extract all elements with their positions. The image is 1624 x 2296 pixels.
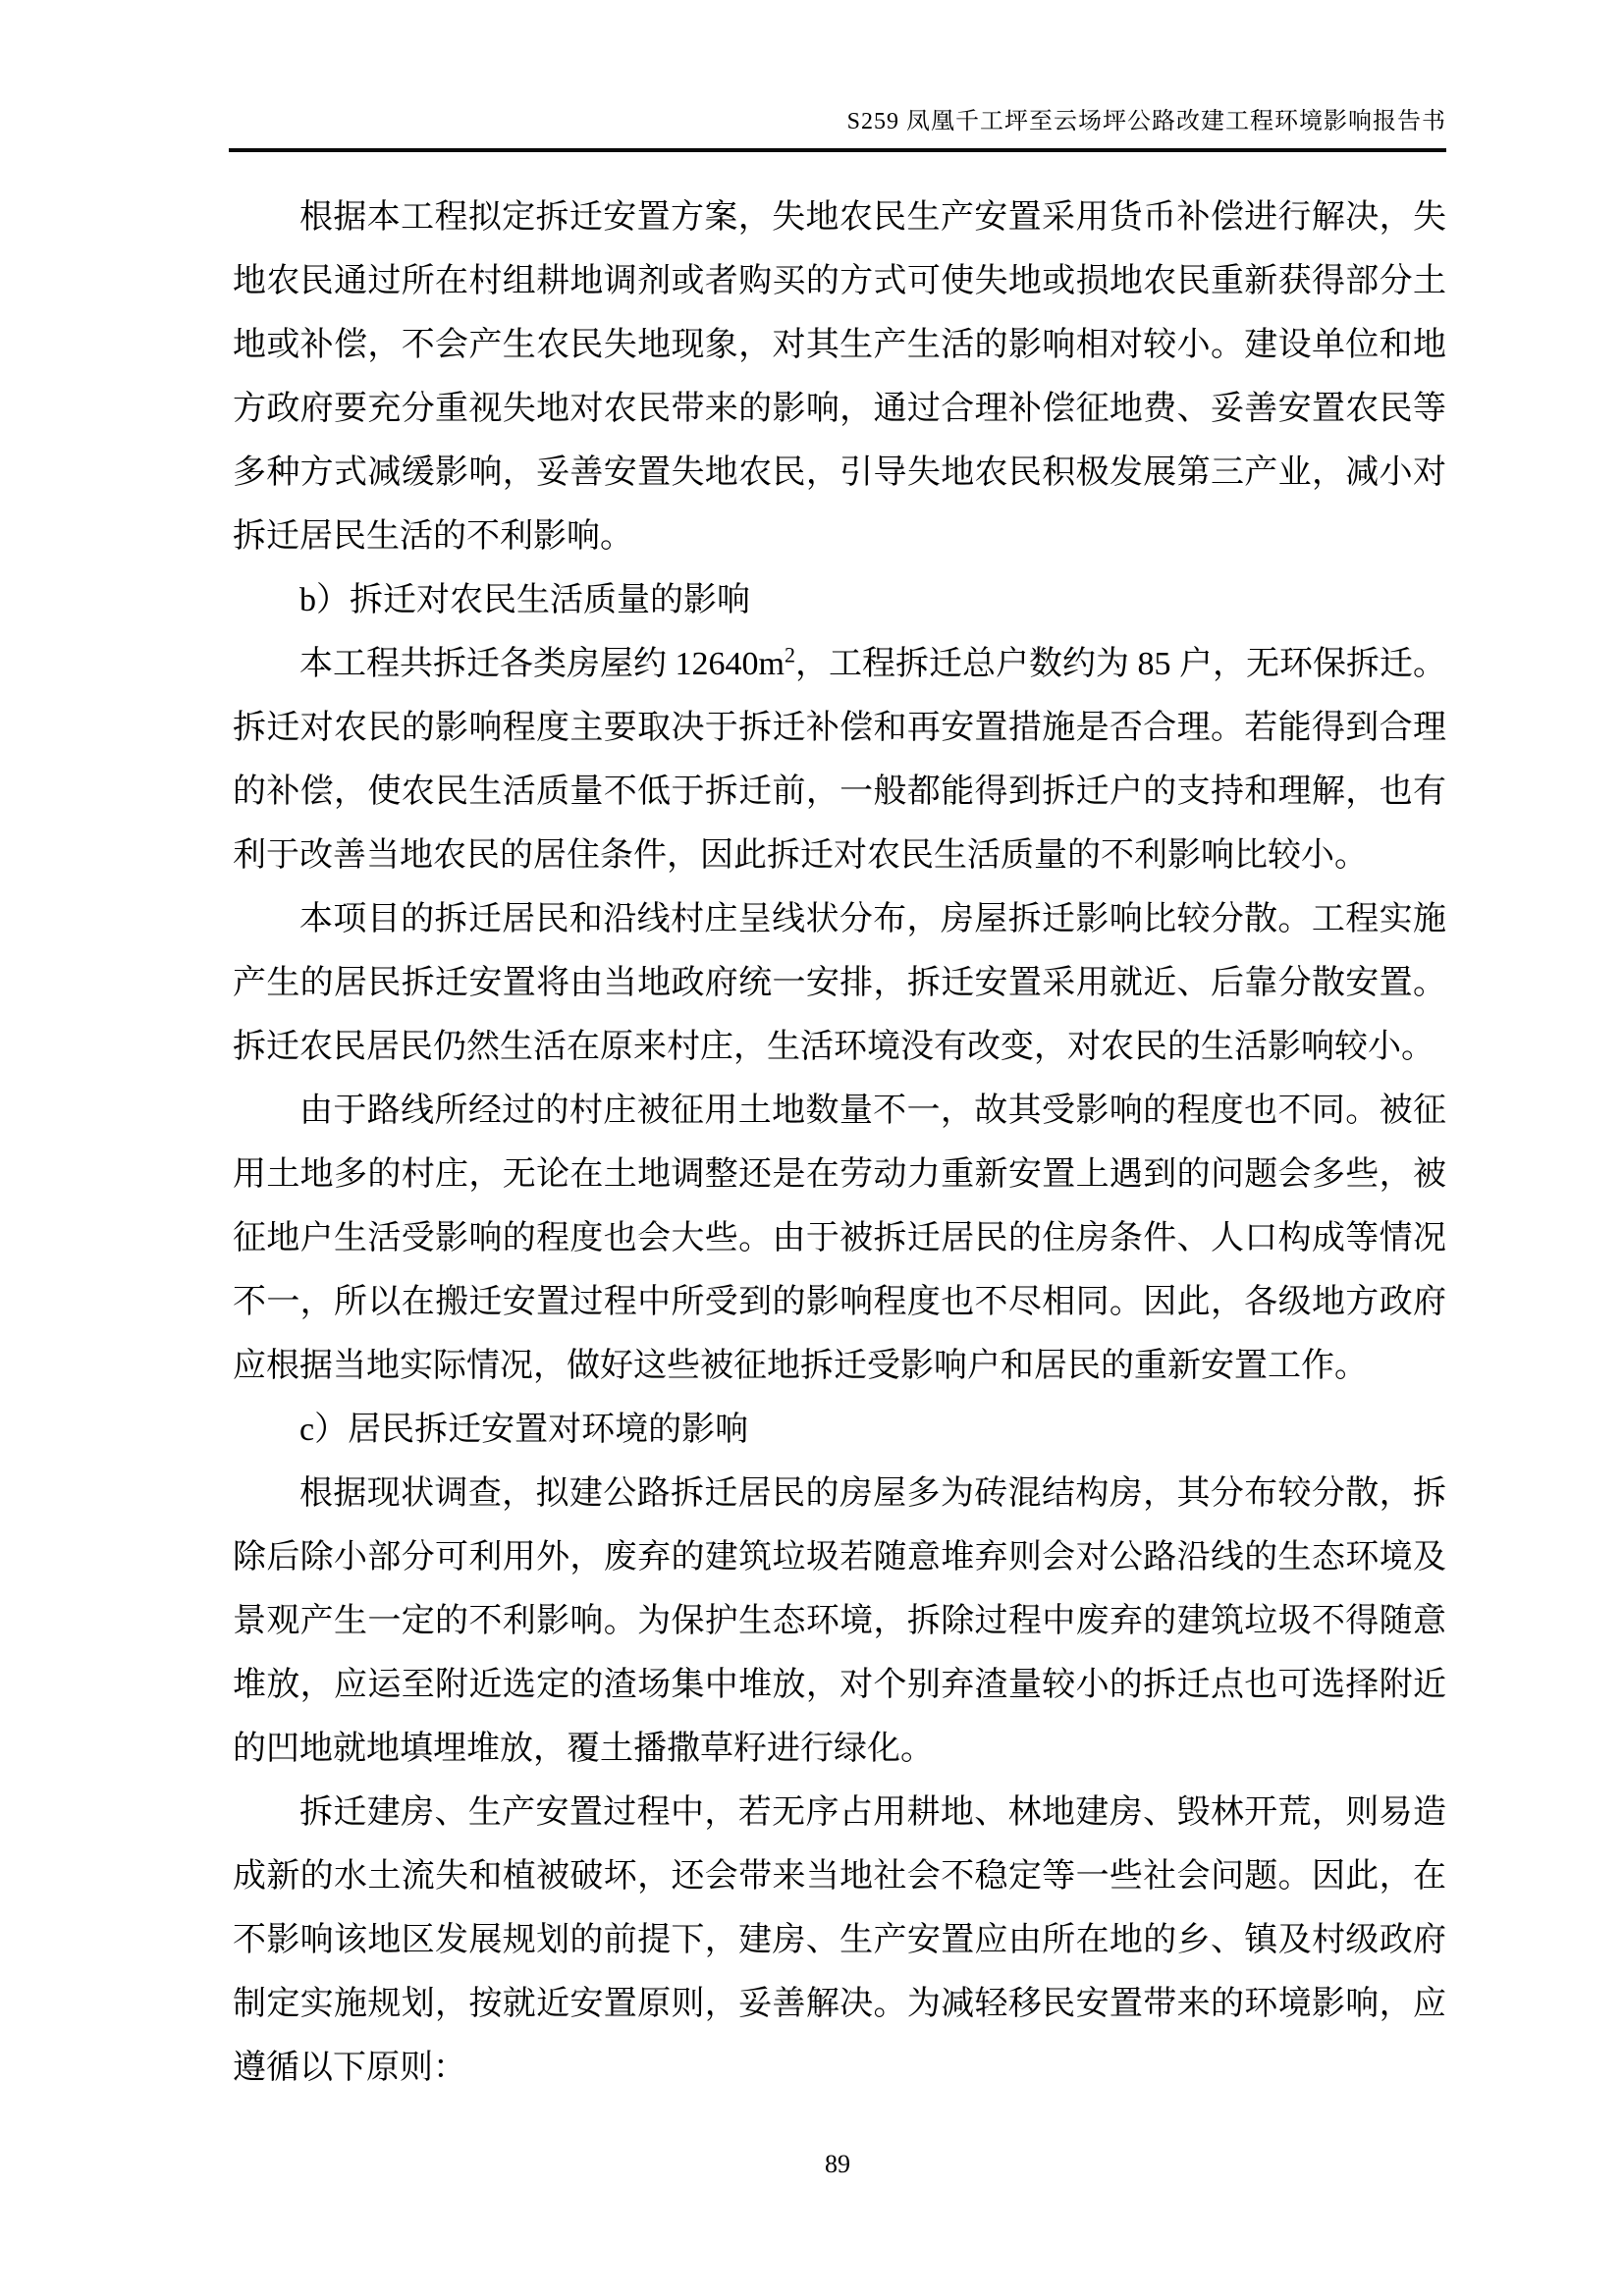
header-divider: [229, 148, 1446, 152]
section-heading-b: b）拆迁对农民生活质量的影响: [233, 568, 1446, 632]
square-meter-superscript: 2: [785, 643, 795, 667]
paragraph-resettlement-plan: 根据本工程拟定拆迁安置方案，失地农民生产安置采用货币补偿进行解决，失地农民通过所…: [233, 186, 1446, 568]
document-body: 根据本工程拟定拆迁安置方案，失地农民生产安置采用货币补偿进行解决，失地农民通过所…: [233, 186, 1446, 2100]
page-number: 89: [825, 2150, 850, 2178]
paragraph-linear-distribution: 本项目的拆迁居民和沿线村庄呈线状分布，房屋拆迁影响比较分散。工程实施产生的居民拆…: [233, 887, 1446, 1079]
document-page: S259 凤凰千工坪至云场坪公路改建工程环境影响报告书 根据本工程拟定拆迁安置方…: [0, 0, 1624, 2296]
paragraph-relocation-principles: 拆迁建房、生产安置过程中，若无序占用耕地、林地建房、毁林开荒，则易造成新的水土流…: [233, 1781, 1446, 2100]
paragraph-text-before-superscript: 本工程共拆迁各类房屋约 12640m: [299, 646, 785, 682]
section-heading-c: c）居民拆迁安置对环境的影响: [233, 1398, 1446, 1462]
paragraph-construction-waste: 根据现状调查，拟建公路拆迁居民的房屋多为砖混结构房，其分布较分散，拆除后除小部分…: [233, 1462, 1446, 1781]
page-footer: 89: [229, 2148, 1446, 2181]
paragraph-demolition-quality: 本工程共拆迁各类房屋约 12640m2，工程拆迁总户数约为 85 户，无环保拆迁…: [233, 632, 1446, 887]
report-header-title: S259 凤凰千工坪至云场坪公路改建工程环境影响报告书: [229, 106, 1446, 137]
paragraph-village-land-impact: 由于路线所经过的村庄被征用土地数量不一，故其受影响的程度也不同。被征用土地多的村…: [233, 1079, 1446, 1398]
